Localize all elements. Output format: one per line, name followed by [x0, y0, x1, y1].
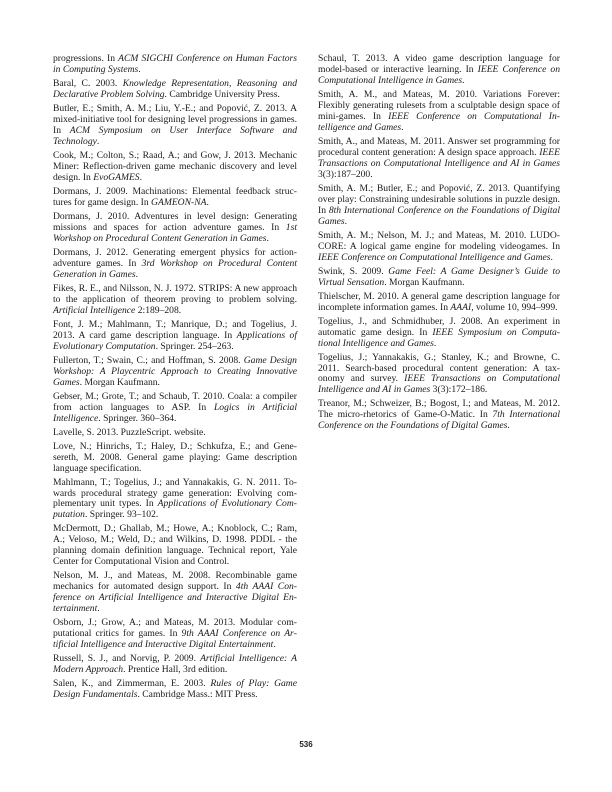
reference-text: Russell, S. J., and Norvig, P. 2009. [53, 653, 200, 664]
paper-page: progressions. In ACM SIGCHI Conference o… [0, 0, 612, 792]
reference-entry: Lavelle, S. 2013. PuzzleScript. website. [53, 428, 297, 439]
reference-entry: McDermott, D.; Ghallab, M.; Howe, A.; Kn… [53, 524, 297, 568]
reference-venue: AAAI [450, 302, 471, 313]
reference-tail: . Prentice Hall, 3rd edition. [123, 664, 227, 675]
reference-text: Swink, S. 2009. [318, 266, 388, 277]
references-column-left: progressions. In ACM SIGCHI Conference o… [53, 54, 297, 704]
reference-tail: . [140, 172, 142, 183]
reference-entry: Baral, C. 2003. Knowledge Representation… [53, 79, 297, 101]
page-number: 536 [0, 740, 612, 749]
reference-tail: . Morgan Kaufmann. [384, 277, 464, 288]
reference-tail: . [401, 122, 403, 133]
reference-entry: Fullerton, T.; Swain, C.; and Hoffman, S… [53, 356, 297, 389]
reference-entry: Font, J. M.; Mahlmann, T.; Manrique, D.;… [53, 320, 297, 353]
reference-tail: . Cambridge Mass.: MIT Press. [137, 689, 257, 700]
reference-venue: Artificial Intelligence [53, 305, 135, 316]
reference-venue: IEEE Conference on Computational Intelli… [318, 252, 551, 263]
reference-entry: Togelius, J., and Schmidhuber, J. 2008. … [318, 317, 560, 350]
reference-tail: . [136, 269, 138, 280]
reference-entry: Thielscher, M. 2010. A general game desc… [318, 292, 560, 314]
reference-entry: Dormans, J. 2009. Machinations: Elementa… [53, 187, 297, 209]
reference-entry: Salen, K., and Zimmerman, E. 2003. Rules… [53, 679, 297, 701]
reference-tail: , volume 10, 994–999. [471, 302, 557, 313]
reference-text: Love, N.; Hinrichs, T.; Haley, D.; Schku… [53, 441, 297, 474]
reference-tail: . [206, 197, 208, 208]
reference-venue: GAMEON-NA [151, 197, 206, 208]
reference-entry: Gebser, M.; Grote, T.; and Schaub, T. 20… [53, 392, 297, 425]
reference-entry: Dormans, J. 2010. Adventures in level de… [53, 212, 297, 245]
reference-entry: Butler, E.; Smith, A. M.; Liu, Y.-E.; an… [53, 104, 297, 148]
reference-text: Baral, C. 2003. [53, 78, 123, 89]
reference-text: Dormans, J. 2010. Adventures in level de… [53, 211, 297, 233]
reference-tail: . [551, 252, 553, 263]
reference-text: Smith, A. M.; Nelson, M. J.; and Mateas,… [318, 230, 560, 252]
reference-entry: Russell, S. J., and Norvig, P. 2009. Art… [53, 654, 297, 676]
reference-entry: Smith, A. M.; Butler, E.; and Popović, Z… [318, 184, 560, 228]
reference-venue: 8th International Conference on the Foun… [318, 205, 560, 227]
reference-text: Fullerton, T.; Swain, C.; and Hoffman, S… [53, 355, 244, 366]
reference-entry: Love, N.; Hinrichs, T.; Haley, D.; Schku… [53, 442, 297, 475]
reference-venue: ACM Symposium on User Interface Software… [53, 125, 297, 147]
reference-text: progressions. In [53, 53, 118, 64]
reference-tail: . [507, 420, 509, 431]
reference-text: Lavelle, S. 2013. PuzzleScript. website. [53, 427, 206, 438]
reference-venue: EvoGAMES [93, 172, 139, 183]
reference-entry: Osborn, J.; Grow, A.; and Mateas, M. 201… [53, 618, 297, 651]
reference-tail: 2:189–208. [135, 305, 181, 316]
reference-entry: Smith, A. M., and Mateas, M. 2010. Varia… [318, 90, 560, 134]
reference-tail: . Springer. 360–364. [98, 413, 176, 424]
reference-tail: . Cambridge University Press. [165, 89, 280, 100]
reference-tail: . [138, 64, 140, 75]
reference-tail: 3(3):187–200. [318, 169, 373, 180]
reference-entry: Smith, A., and Mateas, M. 2011. Answer s… [318, 137, 560, 181]
reference-entry: Cook, M.; Colton, S.; Raad, A.; and Gow,… [53, 151, 297, 184]
reference-entry: Smith, A. M.; Nelson, M. J.; and Mateas,… [318, 231, 560, 264]
reference-tail: . Springer. 93–102. [85, 509, 158, 520]
reference-entry: Nelson, M. J., and Mateas, M. 2008. Reco… [53, 571, 297, 615]
reference-entry: Fikes, R. E., and Nilsson, N. J. 1972. S… [53, 284, 297, 317]
reference-entry: Mahlmann, T.; Togelius, J.; and Yannakak… [53, 478, 297, 522]
reference-entry: Swink, S. 2009. Game Feel: A Game Design… [318, 267, 560, 289]
reference-entry: Dormans, J. 2012. Generating emergent ph… [53, 248, 297, 281]
reference-text: Fikes, R. E., and Nilsson, N. J. 1972. S… [53, 283, 297, 305]
reference-tail: . [97, 603, 99, 614]
reference-tail: . [434, 338, 436, 349]
reference-text: Salen, K., and Zimmerman, E. 2003. [53, 678, 210, 689]
reference-text: Smith, A., and Mateas, M. 2011. Answer s… [318, 136, 560, 158]
reference-entry: Schaul, T. 2013. A video game descriptio… [318, 54, 560, 87]
reference-tail: . [97, 136, 99, 147]
reference-tail: 3(3):172–186. [430, 384, 487, 395]
reference-entry: Togelius, J.; Yannakakis, G.; Stanley, K… [318, 353, 560, 397]
reference-text: McDermott, D.; Ghallab, M.; Howe, A.; Kn… [53, 523, 297, 567]
references-column-right: Schaul, T. 2013. A video game descriptio… [318, 54, 560, 435]
reference-tail: . [462, 75, 464, 86]
reference-tail: . [273, 639, 275, 650]
reference-text: Cook, M.; Colton, S.; Raad, A.; and Gow,… [53, 150, 297, 183]
reference-tail: . Morgan Kaufmann. [80, 377, 160, 388]
reference-entry: progressions. In ACM SIGCHI Conference o… [53, 54, 297, 76]
reference-entry: Treanor, M.; Schweizer, B.; Bogost, I.; … [318, 399, 560, 432]
reference-tail: . [267, 233, 269, 244]
reference-tail: . [345, 216, 347, 227]
reference-tail: . Springer. 254–263. [156, 341, 234, 352]
